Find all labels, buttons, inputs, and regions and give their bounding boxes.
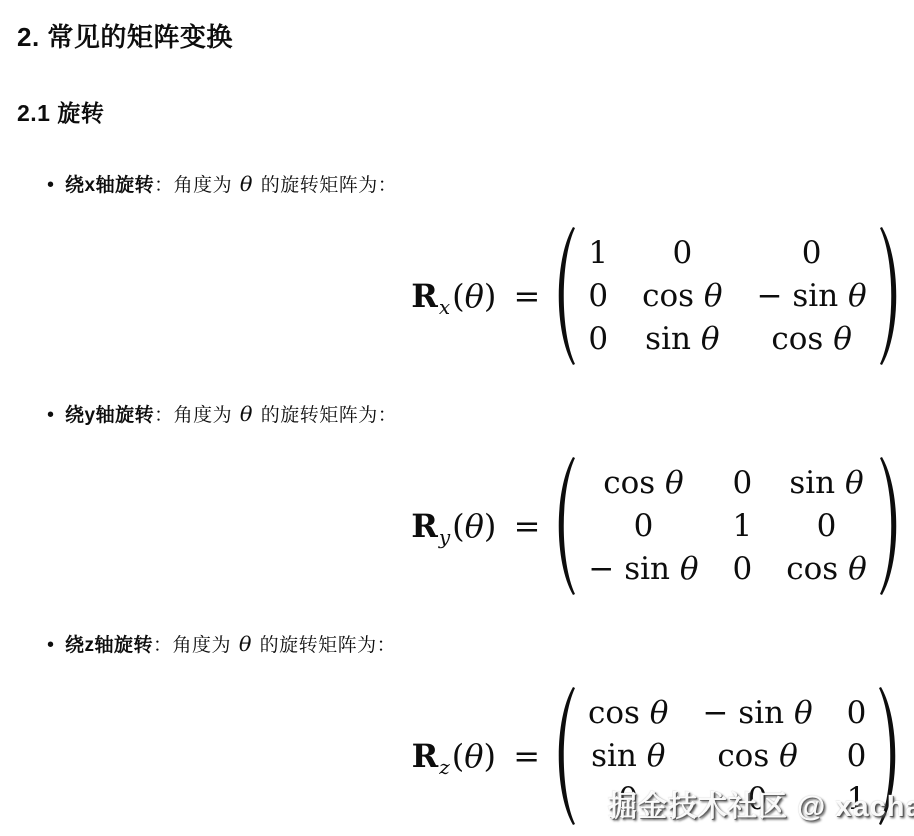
bullet-description: ：角度为 θ 的旋转矩阵为： bbox=[153, 631, 396, 659]
matrix-cell: cos θ bbox=[717, 735, 797, 778]
bullet-line-z: • 绕z轴旋转 ：角度为 θ 的旋转矩阵为： bbox=[47, 631, 914, 659]
matrix-subscript: y bbox=[439, 527, 450, 547]
bullet-description: ：角度为 θ 的旋转矩阵为： bbox=[154, 171, 397, 199]
matrix-cell: 0 bbox=[847, 735, 867, 778]
matrix-cell: − sin θ bbox=[702, 692, 812, 735]
matrix-cell: 0 bbox=[733, 548, 753, 591]
formula-lhs: R z (θ) = bbox=[412, 740, 540, 772]
matrix-cell: 1 bbox=[733, 505, 753, 548]
matrix-cell: cos θ bbox=[588, 692, 668, 735]
matrix-cell: cos θ bbox=[771, 318, 851, 361]
matrix-ry: cos θ 0 sin θ 0 1 0 − sin θ 0 cos θ bbox=[578, 462, 876, 591]
bullet-icon: • bbox=[47, 402, 54, 428]
section-title: 2. 常见的矩阵变换 bbox=[17, 22, 914, 52]
matrix-subscript: x bbox=[439, 297, 450, 317]
formula-ry: R y (θ) = cos θ 0 sin θ 0 1 0 − sin θ 0 … bbox=[400, 455, 914, 597]
bullet-line-x: • 绕x轴旋转 ：角度为 θ 的旋转矩阵为： bbox=[47, 171, 914, 199]
matrix-cell: sin θ bbox=[645, 318, 719, 361]
right-paren-icon bbox=[877, 225, 903, 367]
formula-rx: R x (θ) = 1 0 0 0 cos θ − sin θ 0 sin θ … bbox=[400, 225, 914, 367]
matrix-cell: cos θ bbox=[642, 275, 722, 318]
left-paren-icon bbox=[552, 685, 578, 827]
matrix-cell: 0 bbox=[733, 462, 753, 505]
watermark: 掘金技术社区 @ xachary bbox=[608, 784, 914, 825]
matrix-cell: 1 bbox=[588, 232, 608, 275]
bullet-label: 绕x轴旋转 bbox=[65, 173, 154, 199]
bullet-description: ：角度为 θ 的旋转矩阵为： bbox=[154, 401, 397, 429]
matrix-cell: − sin θ bbox=[588, 548, 698, 591]
bullet-line-y: • 绕y轴旋转 ：角度为 θ 的旋转矩阵为： bbox=[47, 401, 914, 429]
subsection-title: 2.1 旋转 bbox=[17, 100, 914, 127]
matrix-subscript: z bbox=[439, 757, 450, 777]
bullet-icon: • bbox=[47, 632, 54, 658]
left-paren-icon bbox=[552, 455, 578, 597]
matrix-cell: cos θ bbox=[786, 548, 866, 591]
matrix-args: (θ) = bbox=[452, 510, 540, 542]
matrix-cell: 0 bbox=[847, 692, 867, 735]
right-paren-icon bbox=[877, 455, 903, 597]
matrix-cell: cos θ bbox=[603, 462, 683, 505]
article-content: 2. 常见的矩阵变换 2.1 旋转 • 绕x轴旋转 ：角度为 θ 的旋转矩阵为：… bbox=[0, 22, 914, 827]
matrix-cell: sin θ bbox=[789, 462, 863, 505]
bullet-label: 绕z轴旋转 bbox=[65, 633, 153, 659]
rotation-x-item: • 绕x轴旋转 ：角度为 θ 的旋转矩阵为： R x (θ) = 1 0 0 0… bbox=[0, 171, 914, 367]
matrix-cell: 0 bbox=[634, 505, 654, 548]
bullet-label: 绕y轴旋转 bbox=[65, 403, 154, 429]
matrix-args: (θ) = bbox=[452, 740, 540, 772]
matrix-cell: 0 bbox=[588, 318, 608, 361]
formula-lhs: R y (θ) = bbox=[411, 510, 540, 542]
matrix-symbol: R bbox=[412, 740, 439, 772]
rotation-y-item: • 绕y轴旋转 ：角度为 θ 的旋转矩阵为： R y (θ) = cos θ 0… bbox=[0, 401, 914, 597]
matrix-cell: 0 bbox=[802, 232, 822, 275]
left-paren-icon bbox=[552, 225, 578, 367]
matrix-args: (θ) = bbox=[452, 280, 540, 312]
matrix-cell: − sin θ bbox=[757, 275, 867, 318]
matrix-rx: 1 0 0 0 cos θ − sin θ 0 sin θ cos θ bbox=[578, 232, 876, 361]
bullet-icon: • bbox=[47, 172, 54, 198]
matrix-symbol: R bbox=[411, 510, 438, 542]
matrix-cell: 0 bbox=[588, 275, 608, 318]
formula-lhs: R x (θ) = bbox=[411, 280, 540, 312]
matrix-cell: 0 bbox=[817, 505, 837, 548]
matrix-cell: 0 bbox=[672, 232, 692, 275]
matrix-cell: sin θ bbox=[591, 735, 665, 778]
matrix-symbol: R bbox=[411, 280, 438, 312]
